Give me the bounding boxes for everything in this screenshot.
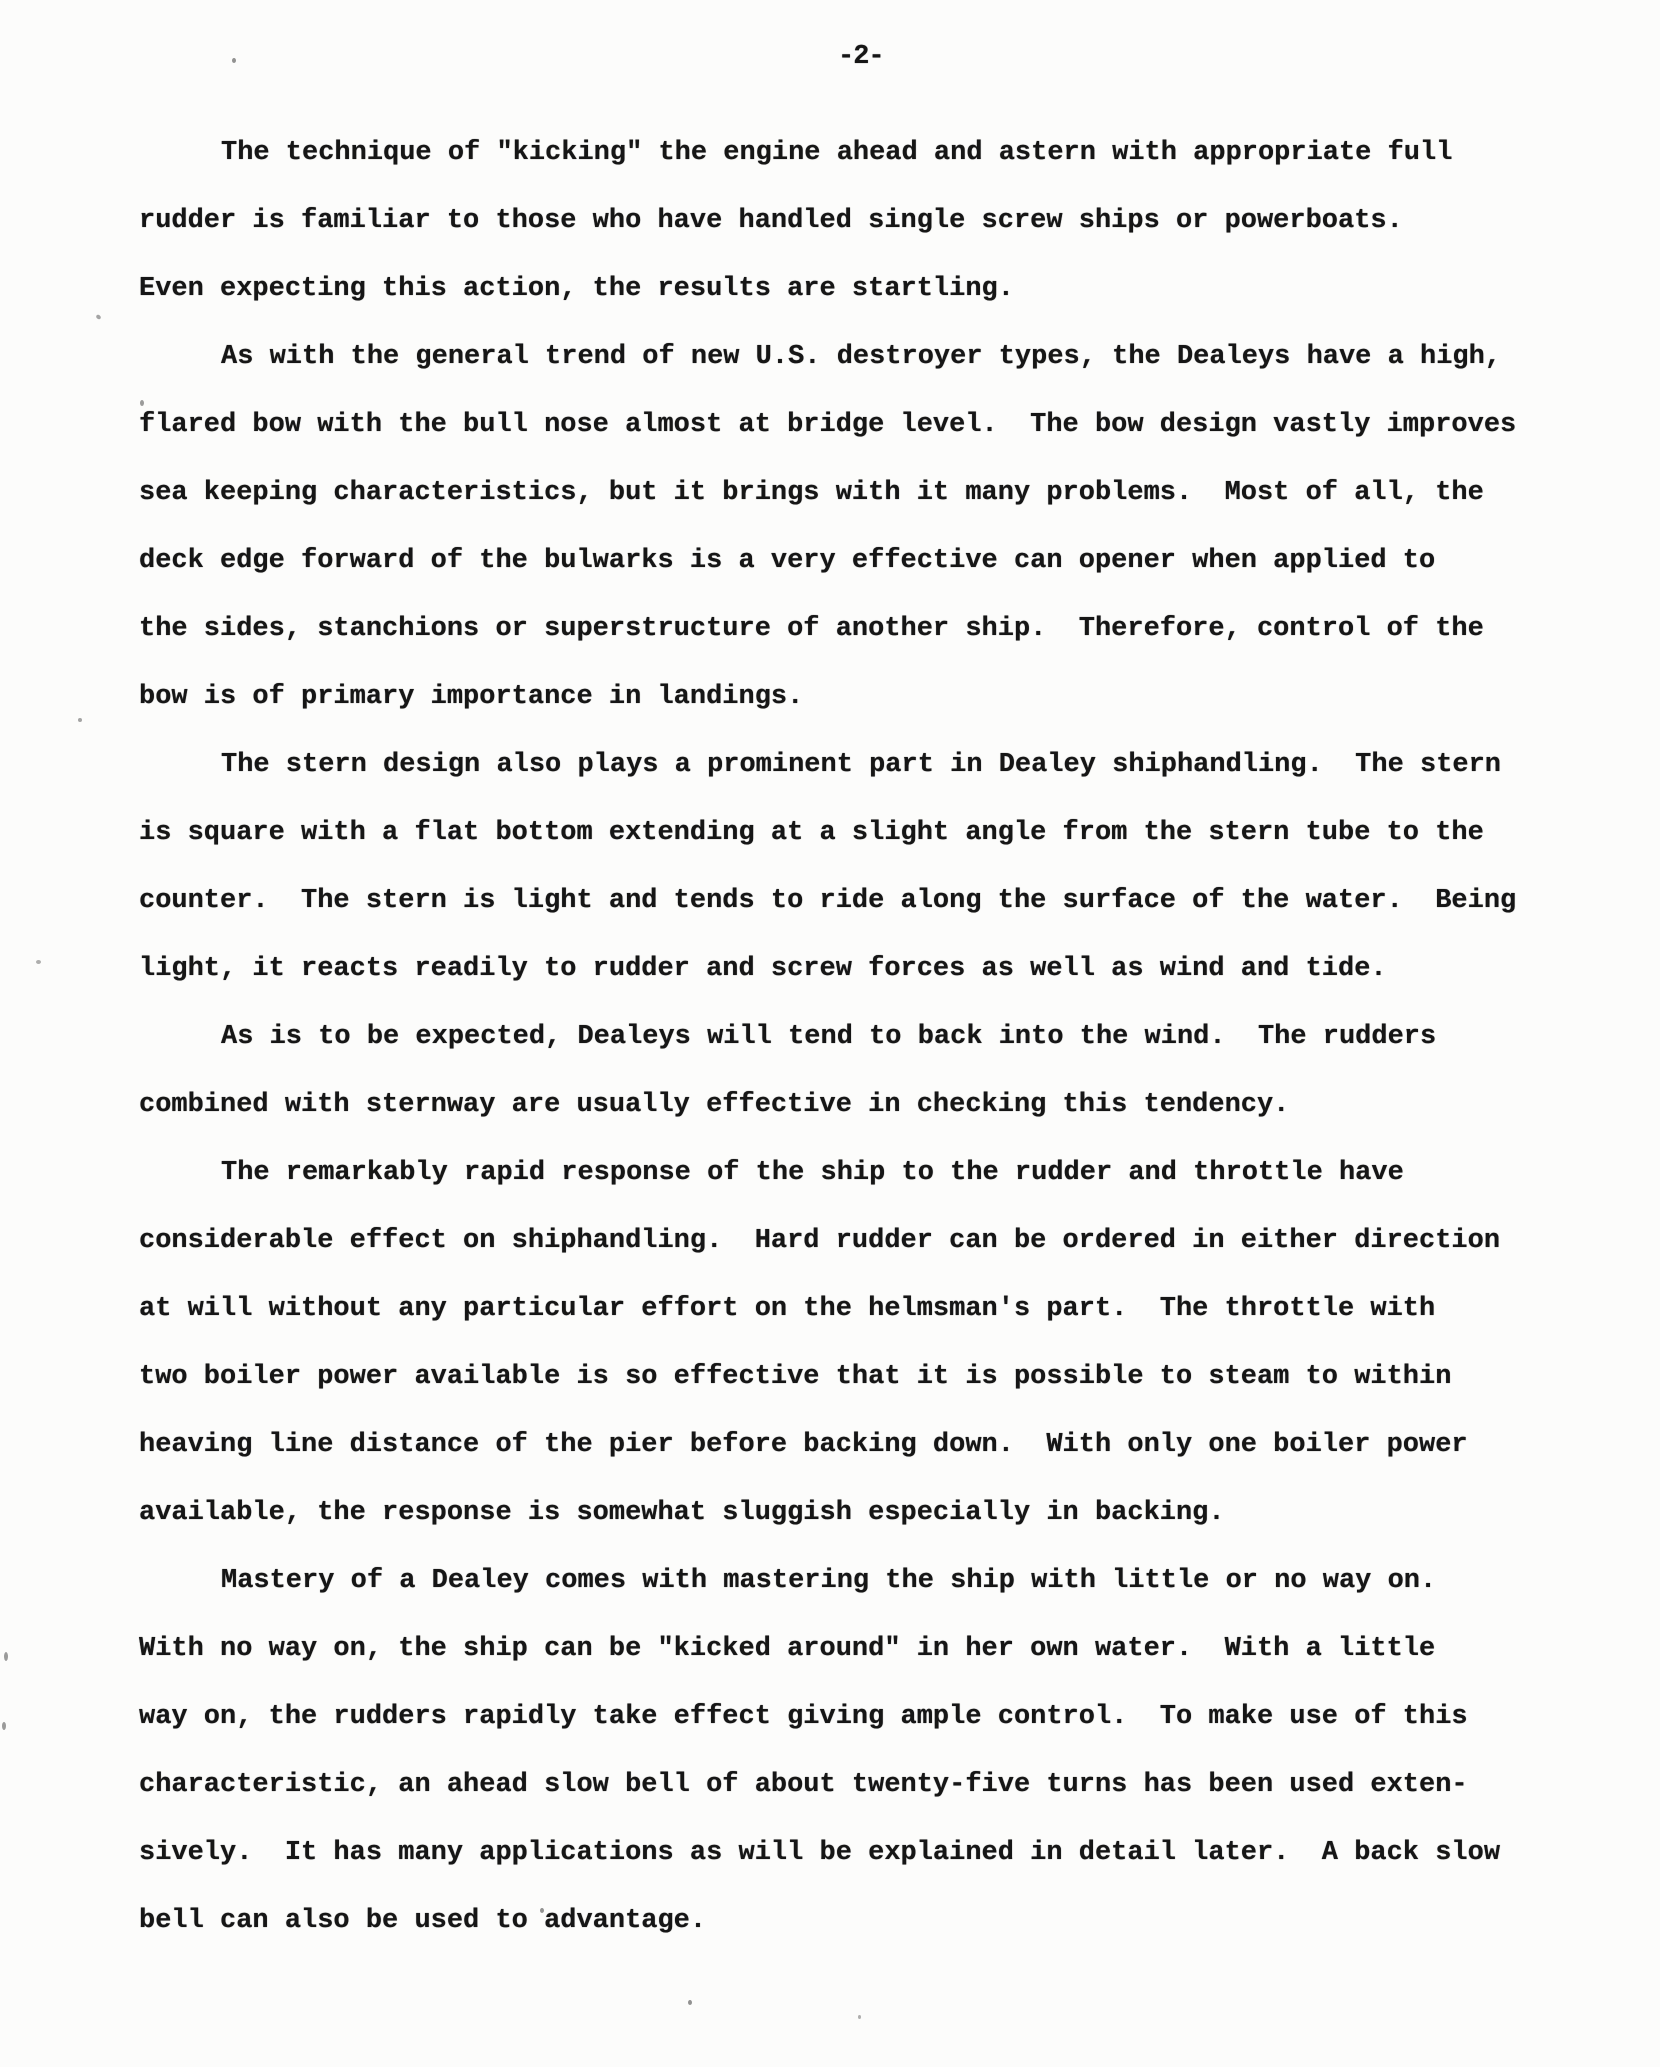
text-line: sea keeping characteristics, but it brin… (139, 459, 1559, 527)
paragraph: As is to be expected, Dealeys will tend … (139, 1003, 1559, 1139)
text-line: The remarkably rapid response of the shi… (139, 1139, 1559, 1207)
text-line: counter. The stern is light and tends to… (139, 867, 1559, 935)
text-line: rudder is familiar to those who have han… (139, 187, 1559, 255)
scan-speck (140, 400, 144, 406)
text-line: With no way on, the ship can be "kicked … (139, 1615, 1559, 1683)
text-line: The technique of "kicking" the engine ah… (139, 119, 1559, 187)
scan-speck (78, 718, 82, 722)
page-body: The technique of "kicking" the engine ah… (139, 119, 1559, 1955)
paragraph: Mastery of a Dealey comes with mastering… (139, 1547, 1559, 1955)
text-line: two boiler power available is so effecti… (139, 1343, 1559, 1411)
scan-speck (688, 2000, 692, 2005)
text-line: As with the general trend of new U.S. de… (139, 323, 1559, 391)
text-line: As is to be expected, Dealeys will tend … (139, 1003, 1559, 1071)
paragraph: The technique of "kicking" the engine ah… (139, 119, 1559, 323)
text-line: combined with sternway are usually effec… (139, 1071, 1559, 1139)
text-line: is square with a flat bottom extending a… (139, 799, 1559, 867)
text-line: heaving line distance of the pier before… (139, 1411, 1559, 1479)
text-line: The stern design also plays a prominent … (139, 731, 1559, 799)
scan-speck (540, 1908, 544, 1913)
text-line: way on, the rudders rapidly take effect … (139, 1683, 1559, 1751)
scan-speck (4, 1652, 8, 1661)
paragraph: As with the general trend of new U.S. de… (139, 323, 1559, 731)
scan-speck (2, 1722, 6, 1730)
text-line: at will without any particular effort on… (139, 1275, 1559, 1343)
text-line: characteristic, an ahead slow bell of ab… (139, 1751, 1559, 1819)
paragraph: The remarkably rapid response of the shi… (139, 1139, 1559, 1547)
text-line: deck edge forward of the bulwarks is a v… (139, 527, 1559, 595)
text-line: Even expecting this action, the results … (139, 255, 1559, 323)
document-page: -2- The technique of "kicking" the engin… (0, 0, 1660, 2067)
scan-speck (36, 960, 41, 964)
page-number: -2- (838, 42, 884, 72)
scan-speck (858, 2015, 861, 2019)
text-line: sively. It has many applications as will… (139, 1819, 1559, 1887)
text-line: light, it reacts readily to rudder and s… (139, 935, 1559, 1003)
scan-speck (232, 58, 236, 63)
text-line: the sides, stanchions or superstructure … (139, 595, 1559, 663)
text-line: flared bow with the bull nose almost at … (139, 391, 1559, 459)
paragraph: The stern design also plays a prominent … (139, 731, 1559, 1003)
text-line: considerable effect on shiphandling. Har… (139, 1207, 1559, 1275)
text-line: Mastery of a Dealey comes with mastering… (139, 1547, 1559, 1615)
text-line: bow is of primary importance in landings… (139, 663, 1559, 731)
text-line: bell can also be used to advantage. (139, 1887, 1559, 1955)
scan-speck (95, 314, 101, 320)
text-line: available, the response is somewhat slug… (139, 1479, 1559, 1547)
